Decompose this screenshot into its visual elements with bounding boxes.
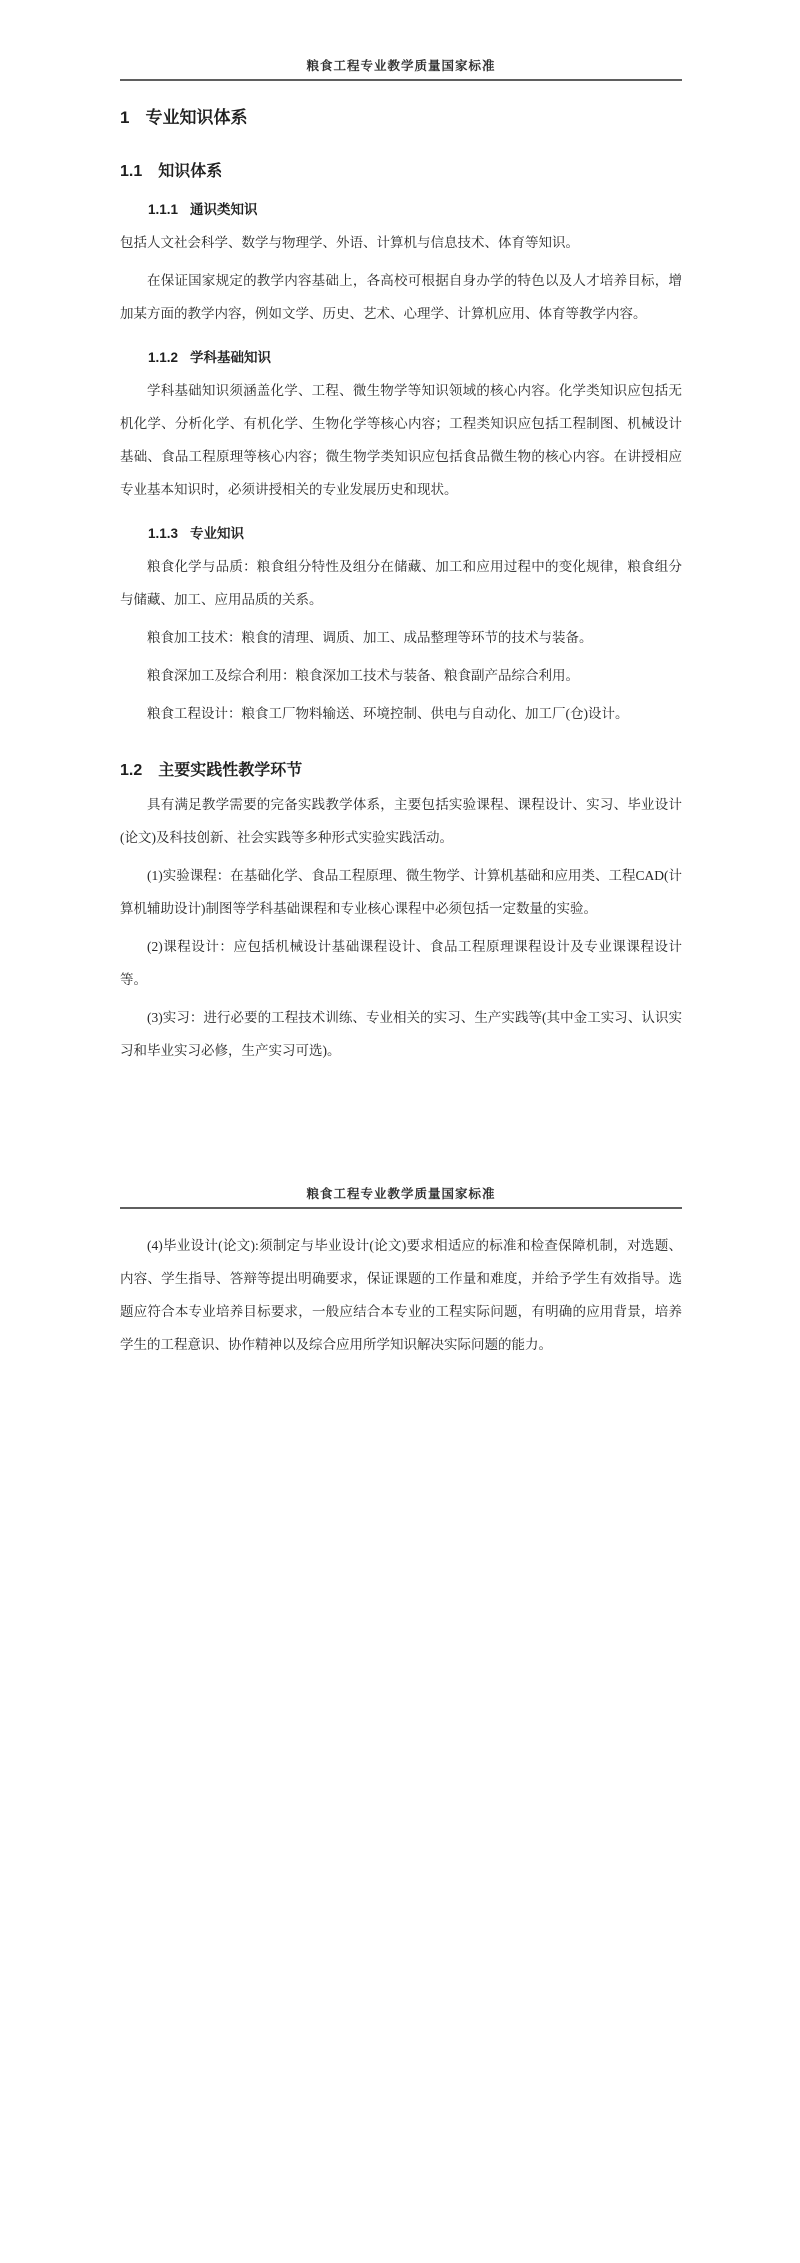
document-page-2: 粮食工程专业教学质量国家标准 (4)毕业设计(论文):须制定与毕业设计(论文)要… (120, 1186, 682, 1361)
running-header: 粮食工程专业教学质量国家标准 (120, 0, 682, 81)
heading-section-1-1-number: 1.1 (120, 163, 142, 180)
paragraph-general-knowledge-2: 在保证国家规定的教学内容基础上，各高校可根据自身办学的特色以及人才培养目标，增加… (120, 264, 682, 330)
heading-section-1-1: 1.1知识体系 (120, 161, 682, 182)
paragraph-practice-item-3: (3)实习：进行必要的工程技术训练、专业相关的实习、生产实践等(其中金工实习、认… (120, 1001, 682, 1067)
document-page-1: 粮食工程专业教学质量国家标准 1专业知识体系 1.1知识体系 1.1.1通识类知… (120, 0, 682, 1067)
paragraph-discipline-basics: 学科基础知识须涵盖化学、工程、微生物学等知识领域的核心内容。化学类知识应包括无机… (120, 374, 682, 506)
running-header-page-2: 粮食工程专业教学质量国家标准 (120, 1186, 682, 1209)
heading-section-1-number: 1 (120, 108, 129, 127)
heading-section-1-1-title: 知识体系 (158, 163, 222, 180)
paragraph-practice-item-4: (4)毕业设计(论文):须制定与毕业设计(论文)要求相适应的标准和检查保障机制，… (120, 1229, 682, 1361)
heading-section-1-2: 1.2主要实践性教学环节 (120, 760, 682, 781)
paragraph-practice-item-2: (2)课程设计：应包括机械设计基础课程设计、食品工程原理课程设计及专业课课程设计… (120, 930, 682, 996)
heading-section-1-1-1: 1.1.1通识类知识 (148, 201, 682, 219)
paragraph-general-knowledge-1: 包括人文社会科学、数学与物理学、外语、计算机与信息技术、体育等知识。 (120, 226, 682, 259)
heading-section-1: 1专业知识体系 (120, 107, 682, 129)
heading-section-1-1-2: 1.1.2学科基础知识 (148, 349, 682, 367)
heading-section-1-1-1-number: 1.1.1 (148, 202, 178, 217)
heading-section-1-2-number: 1.2 (120, 762, 142, 779)
paragraph-engineering-design: 粮食工程设计：粮食工厂物料输送、环境控制、供电与自动化、加工厂(仓)设计。 (120, 697, 682, 730)
heading-section-1-1-2-number: 1.1.2 (148, 350, 178, 365)
heading-section-1-1-3-title: 专业知识 (190, 526, 244, 541)
heading-section-1-1-3: 1.1.3专业知识 (148, 525, 682, 543)
running-header-title: 粮食工程专业教学质量国家标准 (120, 58, 682, 74)
heading-section-1-1-2-title: 学科基础知识 (190, 350, 271, 365)
heading-section-1-2-title: 主要实践性教学环节 (158, 762, 302, 779)
paragraph-grain-chemistry: 粮食化学与品质：粮食组分特性及组分在储藏、加工和应用过程中的变化规律，粮食组分与… (120, 550, 682, 616)
paragraph-practice-item-1: (1)实验课程：在基础化学、食品工程原理、微生物学、计算机基础和应用类、工程CA… (120, 859, 682, 925)
running-header-title-page-2: 粮食工程专业教学质量国家标准 (120, 1186, 682, 1202)
heading-section-1-title: 专业知识体系 (145, 108, 247, 127)
heading-section-1-1-3-number: 1.1.3 (148, 526, 178, 541)
paragraph-deep-processing: 粮食深加工及综合利用：粮食深加工技术与装备、粮食副产品综合利用。 (120, 659, 682, 692)
heading-section-1-1-1-title: 通识类知识 (190, 202, 258, 217)
paragraph-grain-processing: 粮食加工技术：粮食的清理、调质、加工、成品整理等环节的技术与装备。 (120, 621, 682, 654)
paragraph-practice-overview: 具有满足教学需要的完备实践教学体系，主要包括实验课程、课程设计、实习、毕业设计(… (120, 788, 682, 854)
